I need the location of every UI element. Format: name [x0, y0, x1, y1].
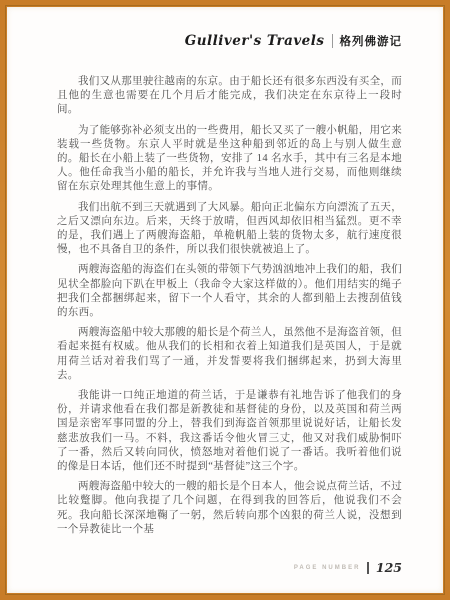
page-body-text: 我们又从那里驶往越南的东京。由于船长还有很多东西没有买全，而且他的生意也需要在几…: [57, 75, 402, 543]
footer-divider: [367, 562, 369, 574]
paragraph: 两艘海盗船中较大的一艘的船长是个日本人，他会说点荷兰话，不过比较蹩脚。他向我提了…: [57, 480, 402, 537]
paragraph: 我们又从那里驶往越南的东京。由于船长还有很多东西没有买全，而且他的生意也需要在几…: [57, 75, 402, 118]
book-title-chinese: 格列佛游记: [340, 33, 403, 49]
paragraph: 两艘海盗船中较大那艘的船长是个荷兰人，虽然他不是海盗首领，但看起来挺有权威。他从…: [57, 326, 402, 383]
paragraph: 我们出航不到三天就遇到了大风暴。船向正北偏东方向漂流了五天，之后又漂向东边。后来…: [57, 201, 402, 258]
paragraph: 我能讲一口纯正地道的荷兰话，于是谦恭有礼地告诉了他我们的身份，并请求他看在我们都…: [57, 389, 402, 474]
page-number-label: PAGE NUMBER: [294, 565, 361, 571]
header-divider: [332, 34, 333, 48]
page-footer: PAGE NUMBER 125: [294, 560, 402, 575]
page-header: Gulliver's Travels 格列佛游记: [185, 33, 402, 49]
paragraph: 两艘海盗船的海盗们在头领的带领下气势汹汹地冲上我们的船，我们见状全都脸向下趴在甲…: [57, 263, 402, 320]
book-page: Gulliver's Travels 格列佛游记 我们又从那里驶往越南的东京。由…: [7, 7, 443, 593]
page-number: 125: [376, 560, 402, 575]
paragraph: 为了能够弥补必须支出的一些费用，船长又买了一艘小帆船，用它来装载一些货物。东京人…: [57, 124, 402, 195]
book-title-english: Gulliver's Travels: [185, 33, 325, 49]
